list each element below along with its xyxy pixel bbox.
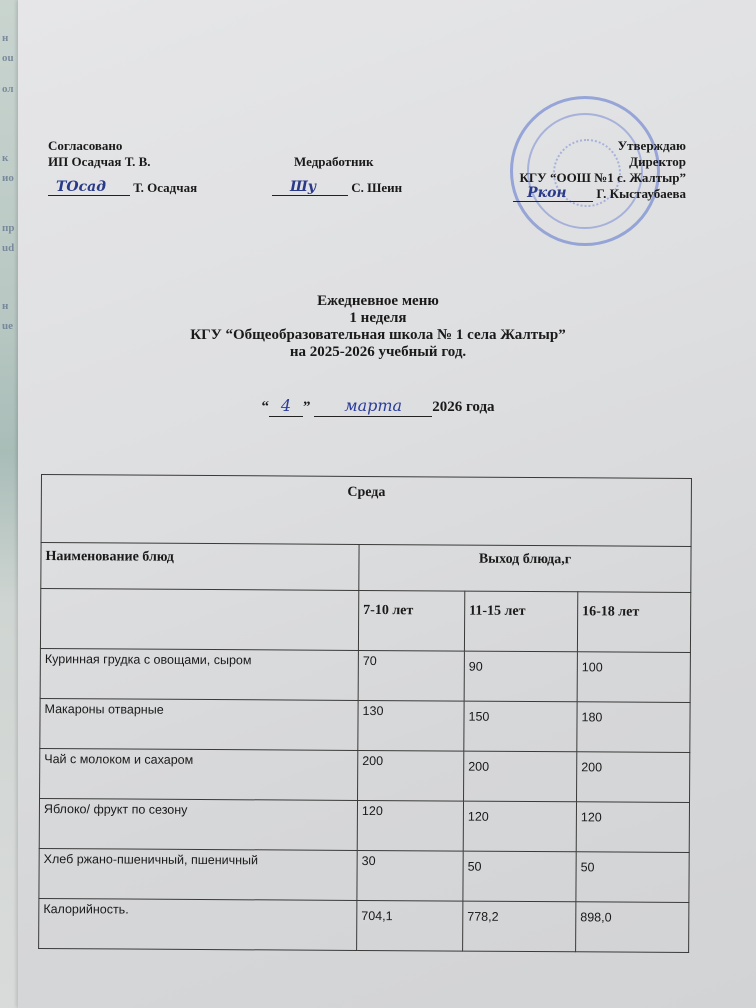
dish-name: Яблоко/ фрукт по сезону [39, 798, 357, 850]
day-header: Среда [41, 475, 691, 547]
underlying-text: к [2, 152, 8, 164]
signed-name: С. Шеин [351, 180, 402, 195]
signature-line: ТОсад [48, 181, 130, 196]
portion-value: 200 [577, 752, 690, 803]
handwritten-signature: Ркон [527, 185, 567, 201]
approval-left: Согласовано ИП Осадчая Т. В. ТОсад Т. Ос… [48, 138, 197, 196]
calories-label: Калорийность. [39, 898, 357, 950]
column-header-dish: Наименование блюд [41, 543, 359, 591]
date-month-field: марта [314, 396, 432, 417]
calories-value: 898,0 [576, 902, 689, 953]
underlying-text: ou [2, 52, 14, 64]
underlying-text: н [2, 32, 8, 44]
portion-value: 50 [463, 851, 576, 902]
portion-value: 90 [464, 651, 577, 702]
date-year: 2026 года [432, 399, 494, 415]
dish-name: Макароны отварные [40, 698, 358, 750]
age-group-header: 16-18 лет [577, 592, 690, 653]
portion-value: 200 [358, 750, 464, 801]
date-line: “4” марта2026 года [0, 396, 756, 417]
table-row: Чай с молоком и сахаром 200 200 200 [40, 748, 690, 802]
portion-value: 150 [464, 701, 577, 752]
approve-label: Утверждаю [478, 138, 686, 154]
dish-name: Хлеб ржано-пшеничный, пшеничный [39, 848, 357, 900]
week-line: 1 неделя [0, 310, 756, 327]
portion-value: 120 [463, 801, 576, 852]
table-row: Хлеб ржано-пшеничный, пшеничный 30 50 50 [39, 848, 689, 902]
document-title: Ежедневное меню 1 неделя КГУ “Общеобразо… [0, 293, 756, 361]
age-group-header: 11-15 лет [464, 591, 577, 652]
agreed-label: Согласовано [48, 138, 197, 154]
portion-value: 70 [358, 650, 464, 701]
menu-table: Среда Наименование блюд Выход блюда,г 7-… [38, 474, 692, 953]
dish-name: Чай с молоком и сахаром [40, 748, 358, 800]
signed-name: Т. Осадчая [133, 180, 197, 195]
age-group-header: 7-10 лет [358, 590, 464, 651]
director-label: Директор [478, 154, 686, 170]
portion-value: 50 [576, 852, 689, 903]
column-header-output: Выход блюда,г [359, 544, 691, 592]
organization-short: КГУ “ООШ №1 с. Жалтыр” [478, 170, 686, 186]
approval-right: Утверждаю Директор КГУ “ООШ №1 с. Жалтыр… [478, 138, 686, 202]
dish-name: Куринная грудка с овощами, сыром [40, 648, 358, 700]
calories-value: 704,1 [357, 900, 463, 951]
underlying-text: ол [2, 83, 14, 95]
handwritten-signature: Шу [290, 179, 316, 195]
date-day-field: 4 [269, 396, 303, 417]
school-line: КГУ “Общеобразовательная школа № 1 села … [0, 327, 756, 344]
table-row: Яблоко/ фрукт по сезону 120 120 120 [39, 798, 689, 852]
medic-label: Медработник [272, 154, 402, 170]
portion-value: 200 [464, 751, 577, 802]
signature-line: Ркон [513, 187, 593, 202]
portion-value: 130 [358, 700, 464, 751]
underlying-text: ио [2, 172, 14, 184]
underlying-text: ud [2, 242, 14, 254]
handwritten-signature: ТОсад [56, 179, 106, 195]
signature-line: Шу [272, 181, 348, 196]
year-line: на 2025-2026 учебный год. [0, 344, 756, 361]
title-line: Ежедневное меню [0, 293, 756, 310]
empty-cell [40, 589, 358, 651]
portion-value: 120 [357, 800, 463, 851]
underlying-text: пр [2, 222, 14, 234]
portion-value: 120 [576, 802, 689, 853]
portion-value: 100 [577, 652, 690, 703]
signed-name: Г. Кыстаубаева [596, 186, 686, 201]
table-row: Куринная грудка с овощами, сыром 70 90 1… [40, 648, 690, 702]
approval-middle: Медработник Шу С. Шеин [272, 154, 402, 196]
calories-value: 778,2 [463, 901, 576, 952]
table-row: Макароны отварные 130 150 180 [40, 698, 690, 752]
portion-value: 30 [357, 850, 463, 901]
table-row-calories: Калорийность. 704,1 778,2 898,0 [39, 898, 689, 952]
portion-value: 180 [577, 702, 690, 753]
agreed-person: ИП Осадчая Т. В. [48, 154, 197, 170]
